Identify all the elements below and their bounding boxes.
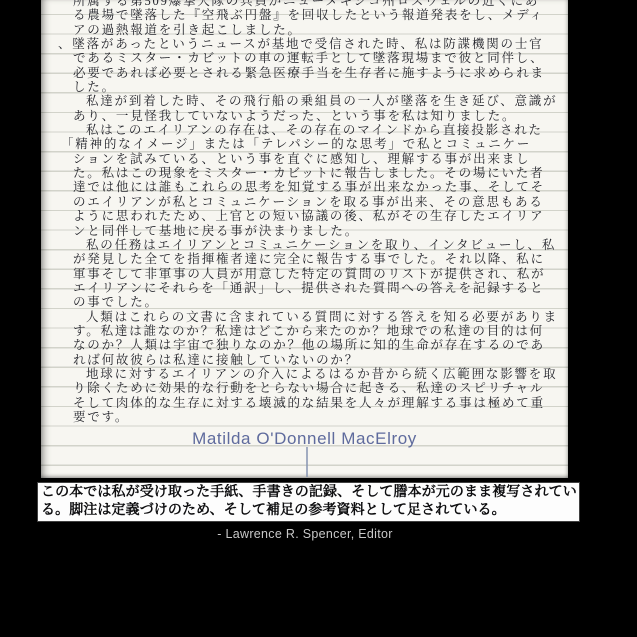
letter-page: 所属する第509爆撃大隊の兵員がニューメキシコ州ロズウェルの近くにある農場で墜落… [41, 0, 568, 478]
signature: Matilda O'Donnell MacElroy [41, 429, 568, 449]
letter-line: ンと同伴して基地に戻る事が決まりました。 [73, 224, 555, 238]
letter-lines: 所属する第509爆撃大隊の兵員がニューメキシコ州ロズウェルの近くにある農場で墜落… [73, 0, 555, 424]
letter-line: る農場で墜落した『空飛ぶ円盤』を回収したという報道発表をし、メディ [73, 8, 555, 22]
letter-line: 私はこのエイリアンの存在は、その存在のマインドから直接投影された [86, 123, 555, 137]
letter-line: 人類はこれらの文書に含まれている質問に対する答えを知る必要がありま [86, 310, 555, 324]
letter-line: アの過熱報道を引き起こしました。 [73, 23, 555, 37]
caption-line-2: る。脚注は定義づけのため、そして補足の参考資料として足されている。 [38, 502, 579, 520]
letter-line: 私達が到着した時、その飛行船の乗組員の一人が墜落を生き延び、意識が [86, 94, 555, 108]
letter-line: あり、一見怪我していないようだった、という事を私は知りました。 [73, 109, 555, 123]
letter-line: 私の任務はエイリアンとコミュニケーションを取り、インタビューし、私 [86, 238, 555, 252]
letter-line: が発見した全てを指揮権者達に完全に報告する事でした。それ以降、私に [73, 252, 555, 266]
letter-line: れば何故彼らは私達に接触していないのか？ [73, 353, 555, 367]
screenshot-root: 所属する第509爆撃大隊の兵員がニューメキシコ州ロズウェルの近くにある農場で墜落… [0, 0, 637, 637]
editor-credit: - Lawrence R. Spencer, Editor [0, 527, 610, 541]
letter-line: 「精神的なイメージ」または「テレパシー的な思考」で私とコミュニケー [61, 137, 555, 151]
letter-line: 、墜落があったというニュースが基地で受信された時、私は防諜機関の士官 [58, 37, 555, 51]
letter-line: す。私達は誰なのか？私達はどこから来たのか？地球での私達の目的は何 [73, 324, 555, 338]
letter-line: なのか？人類は宇宙で独りなのか？他の場所に知的生命が存在するのであ [73, 338, 555, 352]
letter-line: 要です。 [73, 410, 555, 424]
letter-line: 必要であれば必要とされる緊急医療手当を生存者に施すように求められま [73, 66, 555, 80]
letter-line: 軍事そして非軍事の人員が用意した特定の質問のリストが提供され、私が [73, 267, 555, 281]
caption-strip: この本では私が受け取った手紙、手書きの記録、そして謄本が元のまま複写されてい る… [38, 483, 579, 521]
letter-line: そして肉体的な生存に対する壊滅的な結果を人々が理解する事は極めて重 [73, 396, 555, 410]
caption-line-1: この本では私が受け取った手紙、手書きの記録、そして謄本が元のまま複写されてい [38, 484, 579, 502]
letter-line: であるミスター・カビットの車の運転手として墜落現場まで彼と同伴し、 [73, 51, 555, 65]
letter-line: 達では他には誰もこれらの思考を知覚する事が出来なかった事、そしてそ [73, 180, 555, 194]
letter-line: ように思われたため、上官との短い協議の後、私がその生存したエイリア [73, 209, 555, 223]
letter-line: のエイリアンが私とコミュニケーションを取る事が出来、その意思もある [73, 195, 555, 209]
letter-line: 地球に対するエイリアンの介入によるはるか昔から続く広範囲な影響を取 [86, 367, 555, 381]
letter-line: ションを試みている、という事を直ぐに感知し、理解する事が出来まし [73, 152, 555, 166]
paper-fold-line [306, 447, 308, 477]
letter-line: エイリアンにそれらを「通訳」し、提供された質問への答えを記録すると [73, 281, 555, 295]
letter-line: た。私はこの現象をミスター・カビットに報告しました。その場にいた者 [73, 166, 555, 180]
letter-line: り除くために効果的な行動をとらない場合に起きる、私達のスピリチャル [73, 381, 555, 395]
letter-line: した。 [73, 80, 555, 94]
letter-line: の事でした。 [73, 295, 555, 309]
